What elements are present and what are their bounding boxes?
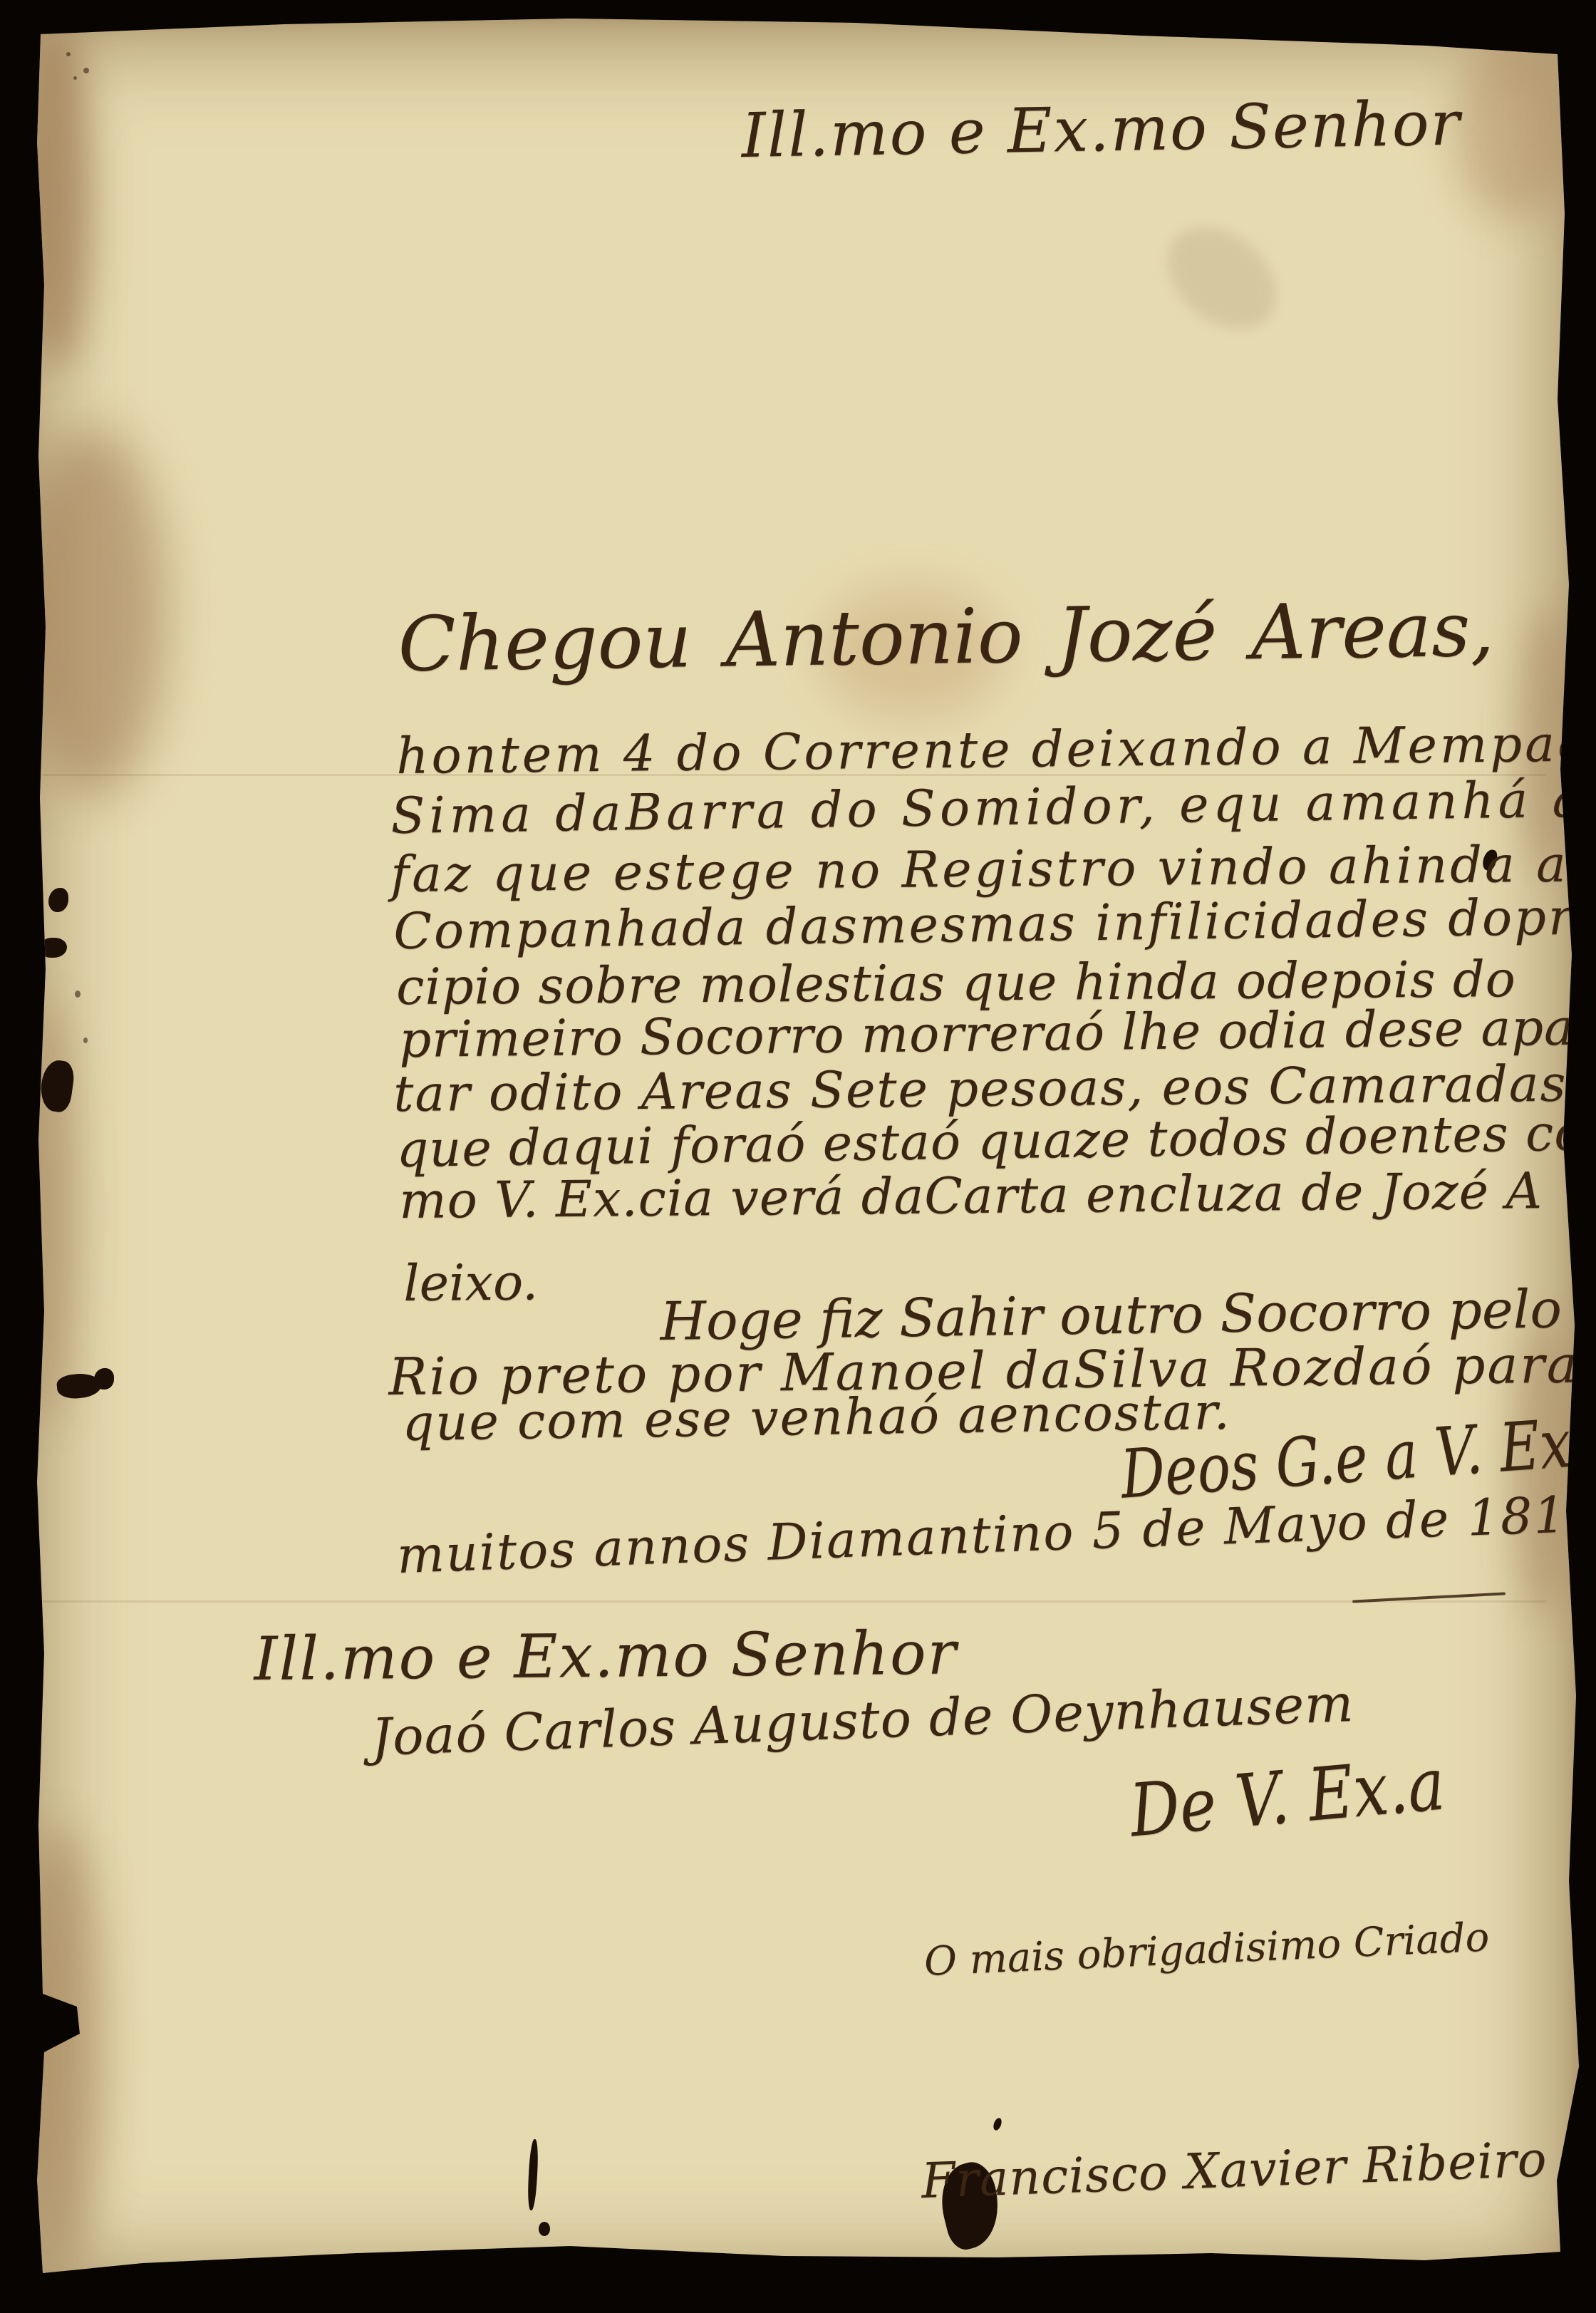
pencil-smudge [1148,206,1295,349]
stain-left-bottom [19,1824,104,2266]
letter-photograph: Ill.mo e Ex.mo Senhor Chegou Antonio Joz… [0,0,1596,2313]
closing-obrigadisimo: O mais obrigadisimo Criado [923,1918,1490,1982]
addressee-salutation: Ill.mo e Ex.mo Senhor [254,1623,958,1689]
body-line-11: leixo. [403,1257,538,1308]
paper-speck-5 [83,1038,88,1043]
body-line-3: Sima daBarra do Somidor, equ amanhá a [390,775,1587,841]
letter-paper: Ill.mo e Ex.mo Senhor Chegou Antonio Joz… [0,0,1596,2313]
paper-speck-4 [75,990,81,998]
stain-left-top [21,29,93,371]
signature: Francisco Xavier Ribeiro — [921,2133,1596,2206]
body-line-2: hontem 4 do Corrente deixando a Mempaó a [396,718,1596,781]
ink-blot-left-1 [48,888,68,912]
date-line: muitos annos Diamantino 5 de Mayo de 181… [396,1489,1596,1580]
fold-crease-lower [43,1600,1546,1603]
ink-dot-bottom [539,2222,550,2236]
body-line-5: Companhada dasmesmas infilicidades dopri… [393,891,1596,956]
paragraph2-line-3: que com ese venhaó aencostar. [402,1387,1231,1448]
ink-streak-bottom [527,2139,539,2210]
body-line-10: mo V. Ex.cia verá daCarta encluza de Joz… [399,1166,1543,1226]
stain-left-lower [21,998,78,1425]
ink-blot-left-2 [41,938,67,958]
stain-top-right-corner [1453,36,1575,221]
paper-speck-1 [66,52,71,56]
paper-speck-3 [73,76,77,80]
salutation-top: Ill.mo e Ex.mo Senhor [741,93,1461,167]
closing-de-vexa: De V. Ex.a [1127,1748,1448,1848]
ink-blot-left-4b [94,1368,114,1390]
stain-left-middle [17,428,167,798]
ink-blot-left-3 [38,1058,76,1113]
paper-speck-2 [83,68,89,73]
signature-ink-drip [992,2117,1003,2131]
opening-line: Chegou Antonio Jozé Areas, [398,592,1495,683]
